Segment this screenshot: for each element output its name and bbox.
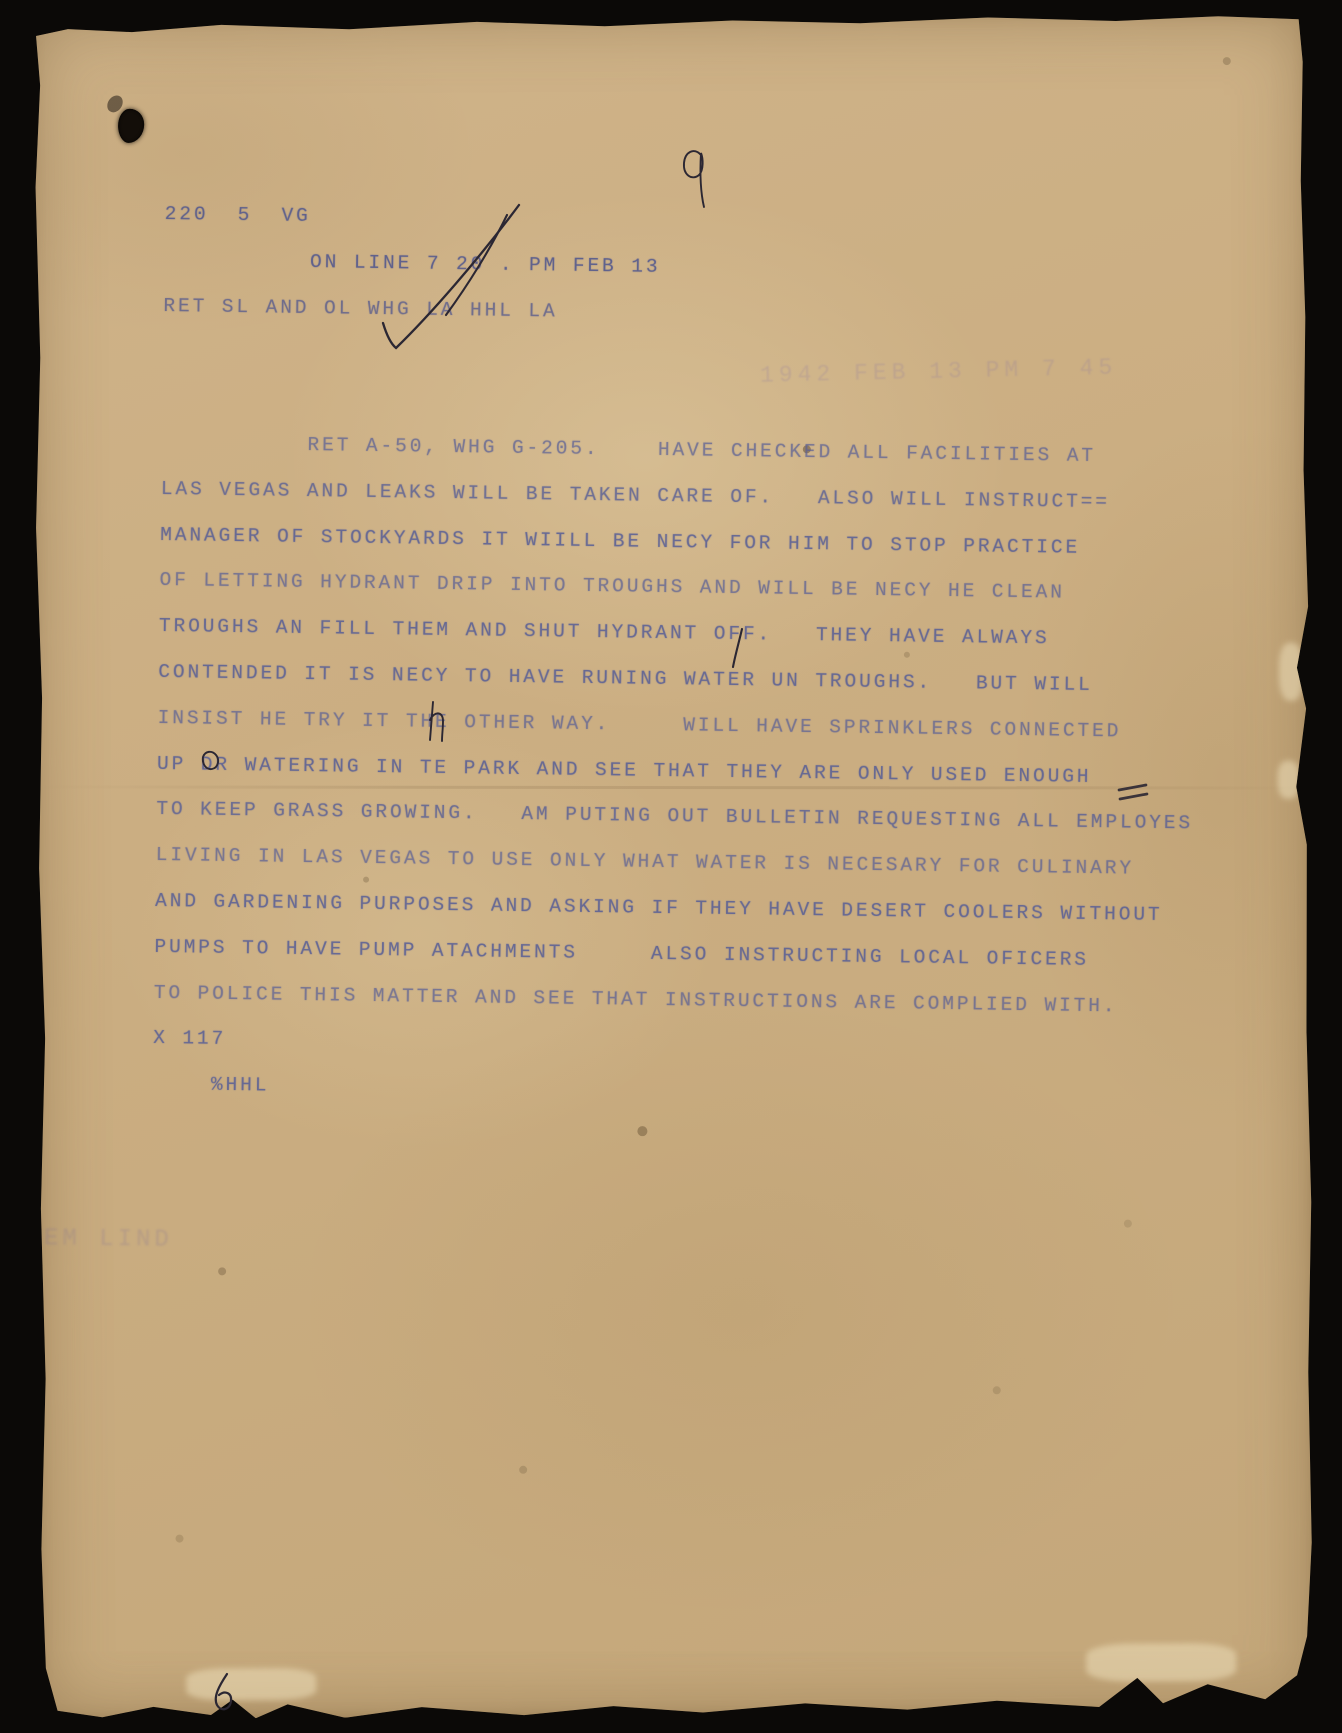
typed-text: 220 5 VG ON LINE 7 20 . PM FEB 13RET SL … xyxy=(152,192,1201,1122)
paper-specks xyxy=(30,17,34,21)
paper-hole xyxy=(118,109,144,143)
paper-tear xyxy=(1086,1643,1236,1682)
paper-tear xyxy=(1277,761,1299,799)
paper-tear xyxy=(1279,643,1303,701)
paper-tear xyxy=(186,1668,316,1701)
document-scan: 220 5 VG ON LINE 7 20 . PM FEB 13RET SL … xyxy=(0,0,1342,1733)
ghost-offset-text: EM LIND xyxy=(44,1225,173,1253)
